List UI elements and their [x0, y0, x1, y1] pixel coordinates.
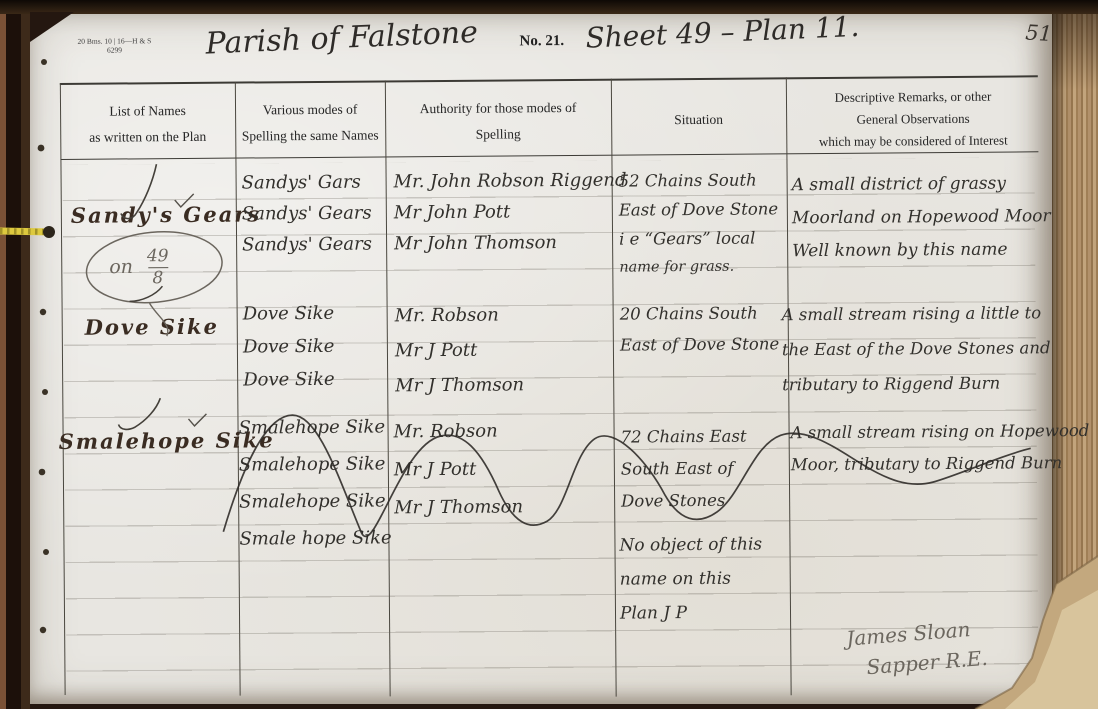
remarks-entry: A small stream rising on Hopewood Moor, …: [790, 415, 1089, 481]
name-entry: Sandy's Gears: [71, 201, 261, 227]
sheet-plan-title: Sheet 49 – Plan 11.: [585, 10, 860, 55]
page-block-edge: [1048, 0, 1098, 709]
column-header-names: List of Namesas written on the Plan: [60, 98, 235, 151]
book-top-edge: [0, 0, 1098, 14]
form-reference: 20 Bms. 10 | 16—H & S 6299: [77, 36, 151, 55]
spelling-entries: Sandys' Gars Sandys' Gears Sandys' Gears: [241, 167, 372, 261]
situation-entry: 20 Chains South East of Dove Stone: [620, 297, 780, 360]
book-scan: { "header": { "form_ref_line1": "20 Bms.…: [0, 0, 1098, 709]
column-header-spellings: Various modes ofSpelling the same Names: [235, 96, 385, 149]
spelling-entries: Dove Sike Dove Sike Dove Sike: [243, 297, 335, 397]
plan-number-note: on 49 8: [109, 248, 169, 287]
remarks-entry: A small stream rising a little to the Ea…: [782, 295, 1051, 402]
table-top-border: [60, 75, 1038, 84]
plan-fraction: 49 8: [147, 248, 169, 287]
document-page: 20 Bms. 10 | 16—H & S 6299 Parish of Fal…: [30, 12, 1052, 704]
spelling-entries: Smalehope Sike Smalehope Sike Smalehope …: [238, 408, 391, 557]
situation-entry: 72 Chains East South East of Dove Stones: [621, 421, 748, 518]
page-number: 51: [1025, 20, 1053, 46]
remarks-entry: A small district of grassy Moorland on H…: [792, 167, 1051, 268]
record-number: No. 21.: [519, 33, 564, 50]
column-header-situation: Situation: [611, 106, 786, 133]
book-binding: [0, 0, 30, 709]
column-header-remarks: Descriptive Remarks, or otherGeneral Obs…: [786, 85, 1041, 153]
situation-entry-continued: No object of this name on this Plan J P: [619, 527, 762, 630]
situation-entry: 52 Chains South East of Dove Stone i e “…: [619, 165, 779, 282]
surveyor-signature: James Sloan Sapper R.E.: [845, 613, 989, 684]
authority-entries: Mr. Robson Mr J Pott Mr J Thomson: [393, 412, 523, 527]
column-header-authority: Authority for those modes ofSpelling: [385, 95, 611, 149]
authority-entries: Mr. Robson Mr J Pott Mr J Thomson: [395, 297, 525, 403]
note-word: on: [109, 256, 133, 278]
name-entry: Dove Sike: [85, 314, 219, 340]
authority-entries: Mr. John Robson Riggend Mr John Pott Mr …: [393, 165, 627, 260]
parish-title: Parish of Falstone: [205, 15, 479, 62]
